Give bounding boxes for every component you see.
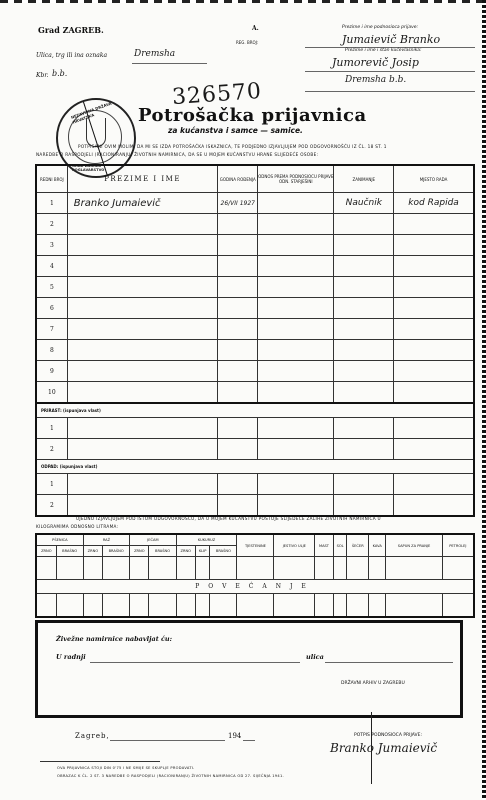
supply-cell[interactable] <box>315 557 334 580</box>
table-row: 6 <box>36 298 474 319</box>
relation-cell[interactable] <box>258 277 334 298</box>
col-header-birth: GODINA ROĐENJA <box>218 165 258 193</box>
relation-cell[interactable] <box>258 319 334 340</box>
footer-rule <box>40 761 160 762</box>
supply-cell[interactable] <box>442 594 474 618</box>
page-edge-top <box>0 0 486 3</box>
sub-header: ZRNO <box>176 546 195 557</box>
col-header-secer: ŠEĆER <box>347 534 369 557</box>
name-cell[interactable]: Branko Jumaievič <box>67 193 218 214</box>
supply-cell[interactable] <box>36 594 56 618</box>
series-label: A. <box>252 25 259 32</box>
prirast-label: PRIRAST: (ispunjava vlast) <box>36 403 474 418</box>
occupation-cell[interactable] <box>334 361 394 382</box>
col-header-sol: SOL <box>333 534 347 557</box>
form-reference-note: OBRAZAC K ČL. 2 ST. 3 NAREDBE O RASPODJE… <box>57 774 284 778</box>
supply-cell[interactable] <box>386 557 442 580</box>
supply-cell[interactable] <box>333 557 347 580</box>
name-cell[interactable] <box>67 439 218 460</box>
col-header-petrolej: PETROLEJ <box>442 534 474 557</box>
workplace-cell[interactable] <box>394 235 474 256</box>
workplace-cell[interactable] <box>394 361 474 382</box>
col-header-tjestenine: TJESTENINE <box>237 534 274 557</box>
name-cell[interactable] <box>67 495 218 517</box>
name-cell[interactable] <box>67 256 218 277</box>
col-header-workplace: MJESTO RADA <box>394 165 474 193</box>
sub-header: ZRNO <box>130 546 149 557</box>
year-prefix: 194 <box>228 732 241 740</box>
col-header-no: REDNI BROJ <box>36 165 67 193</box>
birth-cell[interactable] <box>218 439 258 460</box>
row-number: 10 <box>36 382 67 404</box>
workplace-cell[interactable] <box>394 319 474 340</box>
workplace-cell[interactable] <box>394 277 474 298</box>
workplace-cell[interactable] <box>394 298 474 319</box>
householder-line <box>305 71 475 72</box>
supply-cell[interactable] <box>36 557 56 580</box>
householder-address[interactable]: Dremsha b.b. <box>345 75 406 85</box>
col-header-sapun: SAPUN ZA PRANJE <box>386 534 442 557</box>
street-value[interactable]: Dremsha <box>134 49 175 59</box>
table-row: 1 <box>36 474 474 495</box>
householder-address-line <box>305 91 475 92</box>
shop-street-label: ulica <box>306 653 324 661</box>
table-row: 1 Branko Jumaievič 26/VII 1927 Naučnik k… <box>36 193 474 214</box>
occupation-cell[interactable] <box>334 256 394 277</box>
supply-cell[interactable] <box>274 594 315 618</box>
table-row: 2 <box>36 214 474 235</box>
birth-cell[interactable] <box>218 298 258 319</box>
sub-header: BRAŠNO <box>210 546 237 557</box>
document-page: Grad ZAGREB. A. REG. BROJ: Ulica, trg il… <box>0 0 486 800</box>
supply-cell[interactable] <box>195 594 209 618</box>
name-cell[interactable] <box>67 382 218 404</box>
relation-cell[interactable] <box>258 382 334 404</box>
relation-cell[interactable] <box>258 193 334 214</box>
supply-cell[interactable] <box>210 557 237 580</box>
supply-cell[interactable] <box>103 557 130 580</box>
city-label: Grad ZAGREB. <box>38 25 104 35</box>
table-row: 7 <box>36 319 474 340</box>
relation-cell[interactable] <box>258 214 334 235</box>
birth-cell[interactable] <box>218 474 258 495</box>
occupation-cell[interactable] <box>334 474 394 495</box>
supply-cell[interactable] <box>210 594 237 618</box>
supply-cell[interactable] <box>386 594 442 618</box>
shop-label: U radnji <box>56 653 86 661</box>
birth-cell[interactable] <box>218 495 258 517</box>
applicant-signature[interactable]: Branko Jumaievič <box>330 741 437 755</box>
workplace-cell[interactable] <box>394 495 474 517</box>
persons-table: REDNI BROJ PREZIME I IME GODINA ROĐENJA … <box>35 164 475 517</box>
name-cell[interactable] <box>67 235 218 256</box>
name-cell[interactable] <box>67 277 218 298</box>
group-header-kukuruz: KUKURUZ <box>176 534 237 546</box>
supply-cell[interactable] <box>442 557 474 580</box>
sub-header: ZRNO <box>36 546 56 557</box>
group-header-raz: RAŽ <box>83 534 129 546</box>
birth-cell[interactable] <box>218 256 258 277</box>
occupation-cell[interactable] <box>334 340 394 361</box>
supply-cell[interactable] <box>347 557 369 580</box>
date-line[interactable] <box>110 740 225 741</box>
col-header-mast: MAST <box>315 534 334 557</box>
supply-cell[interactable] <box>56 594 83 618</box>
col-header-kava: KAVA <box>369 534 386 557</box>
table-row: 2 <box>36 439 474 460</box>
occupation-cell[interactable] <box>334 298 394 319</box>
signature-label: POTPIS PODNOSIOCA PRIJAVE: <box>354 733 422 738</box>
odpad-section-header: ODPAD: (ispunjava vlast) <box>36 460 474 474</box>
birth-cell[interactable] <box>218 382 258 404</box>
birth-cell[interactable] <box>218 277 258 298</box>
increase-values-row <box>36 594 474 618</box>
supply-cell[interactable] <box>83 594 102 618</box>
supply-cell[interactable] <box>149 594 176 618</box>
householder-label: Prezime i ime i stan kućevlasnika: <box>345 48 422 53</box>
sub-header: BRAŠNO <box>149 546 176 557</box>
supply-cell[interactable] <box>315 594 334 618</box>
year-line[interactable] <box>243 740 255 741</box>
col-header-relation: ODNOS PREMA PODNOSIOCU PRIJAVE ODN. STAR… <box>258 165 334 193</box>
workplace-cell[interactable] <box>394 256 474 277</box>
shop-street-line[interactable] <box>325 662 453 663</box>
group-header-psenica: PŠENICA <box>36 534 83 546</box>
supplies-intro-2: KILOGRAMIMA ODNOSNO LITRAMA: <box>36 524 118 529</box>
row-number: 2 <box>36 439 67 460</box>
occupation-cell[interactable] <box>334 382 394 404</box>
table-row: 3 <box>36 235 474 256</box>
page-edge-right <box>482 0 486 800</box>
supply-cell[interactable] <box>237 594 274 618</box>
supply-source-label: Živežne namirnice nabavljat ću: <box>56 635 172 643</box>
row-number: 8 <box>36 340 67 361</box>
supply-cell[interactable] <box>176 557 195 580</box>
supply-cell[interactable] <box>369 557 386 580</box>
supply-cell[interactable] <box>274 557 315 580</box>
col-header-occupation: ZANIMANJE <box>334 165 394 193</box>
birth-cell[interactable] <box>218 235 258 256</box>
applicant-value[interactable]: Jumaievič Branko <box>342 33 440 46</box>
supplies-group-header: PŠENICA RAŽ JEČAM KUKURUZ TJESTENINE JES… <box>36 534 474 546</box>
workplace-cell[interactable] <box>394 382 474 404</box>
house-number-value[interactable]: b.b. <box>52 69 67 78</box>
supplies-table: PŠENICA RAŽ JEČAM KUKURUZ TJESTENINE JES… <box>35 533 475 618</box>
name-cell[interactable] <box>67 474 218 495</box>
relation-cell[interactable] <box>258 474 334 495</box>
form-title: Potrošačka prijavnica <box>138 105 367 126</box>
supply-cell[interactable] <box>195 557 209 580</box>
supply-cell[interactable] <box>149 557 176 580</box>
odpad-label: ODPAD: (ispunjava vlast) <box>36 460 474 474</box>
row-number: 3 <box>36 235 67 256</box>
row-number: 2 <box>36 214 67 235</box>
street-line <box>132 63 207 64</box>
house-number-label: Kbr. <box>36 72 48 79</box>
relation-cell[interactable] <box>258 439 334 460</box>
workplace-cell[interactable]: kod Rapida <box>394 193 474 214</box>
relation-cell[interactable] <box>258 495 334 517</box>
occupation-cell[interactable] <box>334 418 394 439</box>
prirast-section-header: PRIRAST: (ispunjava vlast) <box>36 403 474 418</box>
table-row: 8 <box>36 340 474 361</box>
relation-cell[interactable] <box>258 418 334 439</box>
name-cell[interactable] <box>67 298 218 319</box>
workplace-cell[interactable] <box>394 418 474 439</box>
birth-cell[interactable]: 26/VII 1927 <box>218 193 258 214</box>
workplace-cell[interactable] <box>394 439 474 460</box>
supplies-values-row <box>36 557 474 580</box>
occupation-cell[interactable]: Naučnik <box>334 193 394 214</box>
intro-line-1: POTPISANI OVIM MOLIM, DA MI SE IZDA POTR… <box>78 144 478 149</box>
occupation-cell[interactable] <box>334 235 394 256</box>
supply-cell[interactable] <box>369 594 386 618</box>
occupation-cell[interactable] <box>334 277 394 298</box>
relation-cell[interactable] <box>258 298 334 319</box>
shop-line[interactable] <box>90 662 300 663</box>
table-row: 2 <box>36 495 474 517</box>
row-number: 9 <box>36 361 67 382</box>
place-label: Zagreb, <box>75 732 110 740</box>
table-row: 9 <box>36 361 474 382</box>
table-row: 10 <box>36 382 474 404</box>
relation-cell[interactable] <box>258 235 334 256</box>
name-cell[interactable] <box>67 214 218 235</box>
name-cell[interactable] <box>67 418 218 439</box>
supply-cell[interactable] <box>83 557 102 580</box>
workplace-cell[interactable] <box>394 474 474 495</box>
occupation-cell[interactable] <box>334 319 394 340</box>
row-number: 1 <box>36 193 67 214</box>
table-row: 4 <box>36 256 474 277</box>
supply-cell[interactable] <box>130 594 149 618</box>
supplies-intro-1: UJEDNO IZJAVLJUJEM POD ISTOM ODGOVORNOŠĆ… <box>76 516 381 521</box>
sub-header: BRAŠNO <box>103 546 130 557</box>
occupation-cell[interactable] <box>334 214 394 235</box>
archive-stamp: DRŽAVNI ARHIV U ZAGREBU <box>341 681 405 686</box>
sub-header: ZRNO <box>83 546 102 557</box>
row-number: 6 <box>36 298 67 319</box>
street-label: Ulica, trg ili ina oznaka <box>36 52 107 59</box>
birth-cell[interactable] <box>218 418 258 439</box>
row-number: 4 <box>36 256 67 277</box>
row-number: 1 <box>36 418 67 439</box>
sub-header: BRAŠNO <box>56 546 83 557</box>
supply-cell[interactable] <box>130 557 149 580</box>
supply-cell[interactable] <box>333 594 347 618</box>
row-number: 7 <box>36 319 67 340</box>
householder-value[interactable]: Jumorevič Josip <box>332 56 419 69</box>
reg-number-label: REG. BROJ: <box>236 40 258 45</box>
birth-cell[interactable] <box>218 340 258 361</box>
table-row: 1 <box>36 418 474 439</box>
col-header-ulje: JESTIVO ULJE <box>274 534 315 557</box>
supply-cell[interactable] <box>56 557 83 580</box>
table-row: 5 <box>36 277 474 298</box>
relation-cell[interactable] <box>258 340 334 361</box>
name-cell[interactable] <box>67 340 218 361</box>
sub-header: KLIP <box>195 546 209 557</box>
price-note: OVA PRIJAVNICA STOJI DIN 0'75 I NE SMIJE… <box>57 766 195 770</box>
applicant-label: Prezime i ime podnosioca prijave: <box>342 25 418 30</box>
increase-label: POVEĆANJE <box>36 580 474 594</box>
supply-cell[interactable] <box>237 557 274 580</box>
supply-cell[interactable] <box>176 594 195 618</box>
increase-row: POVEĆANJE <box>36 580 474 594</box>
group-header-jecam: JEČAM <box>130 534 176 546</box>
row-number: 5 <box>36 277 67 298</box>
form-subtitle: za kućanstva i samce — samice. <box>168 126 303 135</box>
supply-source-box: Živežne namirnice nabavljat ću: U radnji… <box>35 620 463 718</box>
row-number: 1 <box>36 474 67 495</box>
relation-cell[interactable] <box>258 256 334 277</box>
col-header-name: PREZIME I IME <box>67 165 218 193</box>
relation-cell[interactable] <box>258 361 334 382</box>
row-number: 2 <box>36 495 67 517</box>
workplace-cell[interactable] <box>394 340 474 361</box>
supply-cell[interactable] <box>347 594 369 618</box>
supply-cell[interactable] <box>103 594 130 618</box>
birth-cell[interactable] <box>218 361 258 382</box>
intro-line-2: NAREDBE O RASPODJELI (RACIONIRANJU) ŽIVO… <box>36 152 436 157</box>
birth-cell[interactable] <box>218 319 258 340</box>
workplace-cell[interactable] <box>394 214 474 235</box>
name-cell[interactable] <box>67 361 218 382</box>
occupation-cell[interactable] <box>334 495 394 517</box>
occupation-cell[interactable] <box>334 439 394 460</box>
birth-cell[interactable] <box>218 214 258 235</box>
name-cell[interactable] <box>67 319 218 340</box>
persons-table-header: REDNI BROJ PREZIME I IME GODINA ROĐENJA … <box>36 165 474 193</box>
